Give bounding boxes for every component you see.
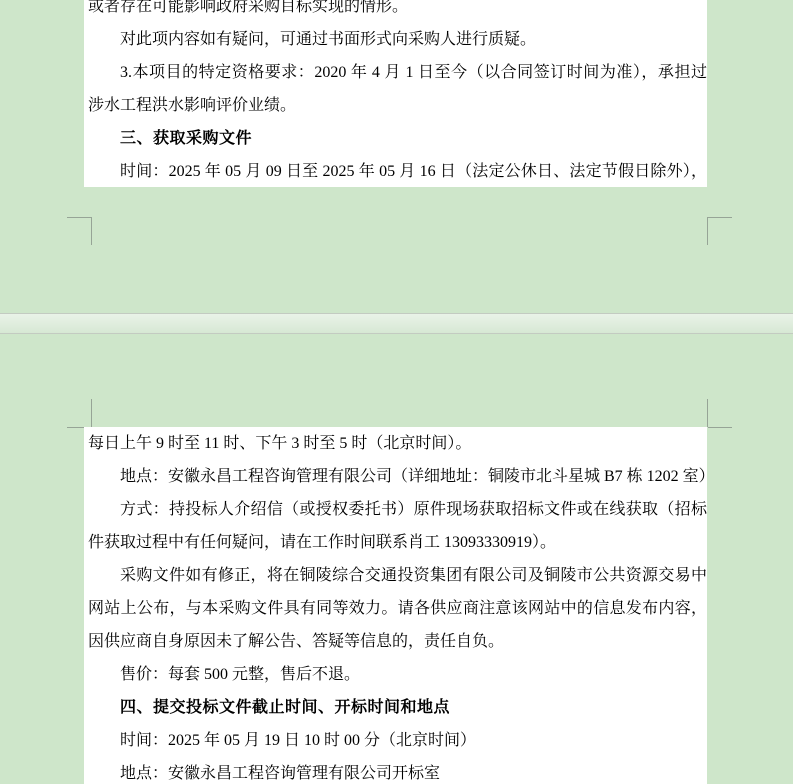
document-view: 或者存在可能影响政府采购目标实现的情形。对此项内容如有疑问，可通过书面形式向采购… <box>0 0 793 784</box>
text-line[interactable]: 时间：2025 年 05 月 09 日至 2025 年 05 月 16 日（法定… <box>88 155 707 187</box>
text-line[interactable]: 网站上公布，与本采购文件具有同等效力。请各供应商注意该网站中的信息发布内容，如 <box>88 592 707 625</box>
page1-text-surface[interactable]: 或者存在可能影响政府采购目标实现的情形。对此项内容如有疑问，可通过书面形式向采购… <box>84 0 707 187</box>
text-line[interactable]: 或者存在可能影响政府采购目标实现的情形。 <box>88 0 707 23</box>
text-line[interactable]: 售价：每套 500 元整，售后不退。 <box>88 658 707 691</box>
margin-corner-mark-bottom-left-v <box>91 217 92 245</box>
text-line[interactable]: 方式：持投标人介绍信（或授权委托书）原件现场获取招标文件或在线获取（招标文 <box>88 493 707 526</box>
margin-corner-mark-top-right-v <box>707 399 708 427</box>
page2-text-surface[interactable]: 每日上午 9 时至 11 时、下午 3 时至 5 时（北京时间）。地点：安徽永昌… <box>84 427 707 784</box>
page-gap-separator <box>0 313 793 334</box>
text-line[interactable]: 涉水工程洪水影响评价业绩。 <box>88 89 707 122</box>
text-line[interactable]: 3.本项目的特定资格要求：2020 年 4 月 1 日至今（以合同签订时间为准）… <box>88 56 707 89</box>
margin-corner-mark-bottom-right-v <box>707 217 708 245</box>
text-line[interactable]: 件获取过程中有任何疑问，请在工作时间联系肖工 13093330919）。 <box>88 526 707 559</box>
margin-corner-mark-bottom-right-h <box>708 217 732 218</box>
heading-line[interactable]: 四、提交投标文件截止时间、开标时间和地点 <box>88 691 707 724</box>
page2-textflow: 每日上午 9 时至 11 时、下午 3 时至 5 时（北京时间）。地点：安徽永昌… <box>84 427 707 784</box>
text-line[interactable]: 因供应商自身原因未了解公告、答疑等信息的，责任自负。 <box>88 625 707 658</box>
heading-line[interactable]: 三、获取采购文件 <box>88 122 707 155</box>
text-line[interactable]: 采购文件如有修正，将在铜陵综合交通投资集团有限公司及铜陵市公共资源交易中心 <box>88 559 707 592</box>
text-line[interactable]: 对此项内容如有疑问，可通过书面形式向采购人进行质疑。 <box>88 23 707 56</box>
margin-corner-mark-bottom-left-h <box>67 217 91 218</box>
text-line[interactable]: 时间：2025 年 05 月 19 日 10 时 00 分（北京时间） <box>88 724 707 757</box>
margin-corner-mark-top-right-h <box>708 427 732 428</box>
page1-textflow: 或者存在可能影响政府采购目标实现的情形。对此项内容如有疑问，可通过书面形式向采购… <box>84 0 707 187</box>
text-line[interactable]: 地点：安徽永昌工程咨询管理有限公司开标室 <box>88 757 707 784</box>
text-line[interactable]: 每日上午 9 时至 11 时、下午 3 时至 5 时（北京时间）。 <box>88 427 707 460</box>
text-line[interactable]: 地点：安徽永昌工程咨询管理有限公司（详细地址：铜陵市北斗星城 B7 栋 1202… <box>88 460 707 493</box>
margin-corner-mark-top-left-v <box>91 399 92 427</box>
